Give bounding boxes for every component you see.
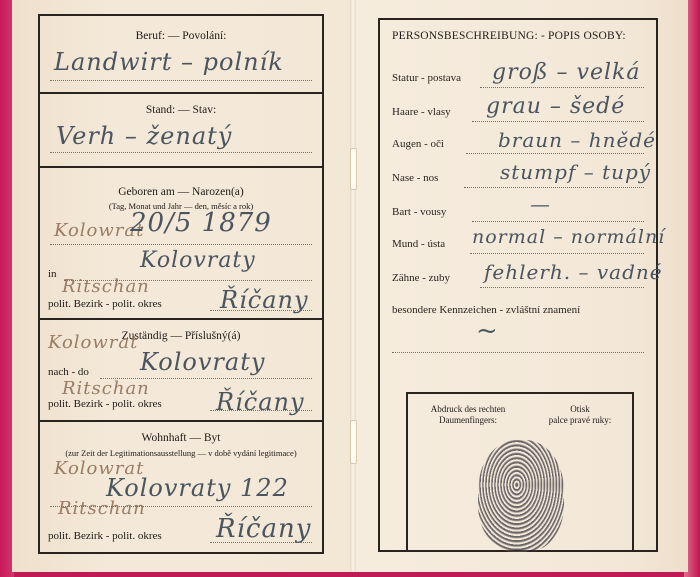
description-title: PERSONSBESCHREIBUNG: - POPIS OSOBY:	[392, 30, 626, 42]
marital-status-value: Verh – ženatý	[56, 122, 232, 150]
fingerprint-label-de: Abdruck des rechten Daumenfingers:	[418, 404, 518, 426]
dotted-line	[50, 80, 312, 81]
field-value-teeth: fehlerh. – vadné	[484, 260, 663, 284]
birth-place: Kolovraty	[140, 248, 256, 273]
occupation-heading: Beruf: — Povolání:	[40, 30, 322, 42]
field-label-eyes: Augen - oči	[392, 138, 444, 150]
residence-heading: Wohnhaft — Byt	[40, 432, 322, 444]
dotted-line	[50, 244, 312, 245]
binding-stitch	[350, 420, 357, 464]
dotted-line	[480, 287, 644, 288]
dotted-line	[50, 152, 312, 153]
marital-status-section: Stand: — Stav: Verh – ženatý	[40, 94, 322, 168]
special-marks-value: ~	[476, 316, 499, 346]
field-value-eyes: braun – hnědé	[498, 128, 656, 152]
binding-stitch	[350, 148, 357, 190]
thumbprint-image	[478, 440, 564, 552]
dotted-line	[210, 310, 312, 311]
dotted-line	[470, 253, 644, 254]
district-label: polit. Bezirk - polit. okres	[48, 530, 162, 542]
district-label: polit. Bezirk - polit. okres	[48, 398, 162, 410]
domicile-district-crossed: Ritschan	[62, 378, 150, 399]
fingerprint-label-cz-line2: palce pravé ruky:	[528, 415, 632, 426]
field-label-beard: Bart - vousy	[392, 206, 446, 218]
field-value-beard: —	[530, 192, 551, 216]
field-label-teeth: Zähne - zuby	[392, 272, 450, 284]
field-label-hair: Haare - vlasy	[392, 106, 451, 118]
domicile-section: Zuständig — Příslušný(á) Kolowrat nach -…	[40, 320, 322, 422]
book-gutter	[350, 0, 356, 572]
in-label: in	[48, 268, 57, 280]
district-label: polit. Bezirk - polit. okres	[48, 298, 162, 310]
birth-date: 20/5 1879	[130, 208, 272, 238]
nach-label: nach - do	[48, 366, 89, 378]
residence-section: Wohnhaft — Byt (zur Zeit der Legitimatio…	[40, 422, 322, 554]
field-value-hair: grau – šedé	[486, 94, 625, 119]
dotted-line	[466, 153, 644, 154]
dotted-line	[210, 410, 312, 411]
field-label-mouth: Mund - ústa	[392, 238, 445, 250]
fingerprint-label-cz-line1: Otisk	[528, 404, 632, 415]
dotted-line	[480, 87, 644, 88]
dotted-line	[472, 121, 644, 122]
domicile-place: Kolovraty	[140, 348, 265, 376]
birth-district-crossed: Ritschan	[62, 276, 150, 297]
occupation-section: Beruf: — Povolání: Landwirt – polník	[40, 16, 322, 94]
fingerprint-label-de-line2: Daumenfingers:	[418, 415, 518, 426]
special-marks-label: besondere Kennzeichen - zvláštní znamení	[392, 304, 580, 316]
fingerprint-box: Abdruck des rechten Daumenfingers: Otisk…	[406, 392, 634, 552]
residence-district-crossed: Ritschan	[58, 498, 146, 519]
field-value-nose: stumpf – tupý	[500, 160, 651, 184]
domicile-district: Říčany	[216, 388, 305, 416]
dotted-line	[464, 187, 644, 188]
birth-section: Geboren am — Narozen(a) (Tag, Monat und …	[40, 168, 322, 320]
marital-status-heading: Stand: — Stav:	[40, 104, 322, 116]
residence-district: Říčany	[216, 514, 311, 544]
birth-heading: Geboren am — Narozen(a)	[40, 186, 322, 198]
residence-subheading: (zur Zeit der Legitimationsausstellung —…	[40, 448, 322, 458]
field-value-mouth: normal – normální	[472, 226, 665, 248]
field-label-stature: Statur - postava	[392, 72, 461, 84]
dotted-line	[210, 542, 312, 543]
field-label-nose: Nase - nos	[392, 172, 438, 184]
fingerprint-label-de-line1: Abdruck des rechten	[418, 404, 518, 415]
domicile-crossed: Kolowrat	[48, 332, 138, 353]
dotted-line	[392, 352, 644, 353]
field-value-stature: groß – velká	[492, 60, 640, 85]
fingerprint-label-cz: Otisk palce pravé ruky:	[528, 404, 632, 426]
dotted-line	[472, 221, 644, 222]
occupation-value: Landwirt – polník	[54, 48, 284, 76]
left-form-frame: Beruf: — Povolání: Landwirt – polník Sta…	[38, 14, 324, 554]
